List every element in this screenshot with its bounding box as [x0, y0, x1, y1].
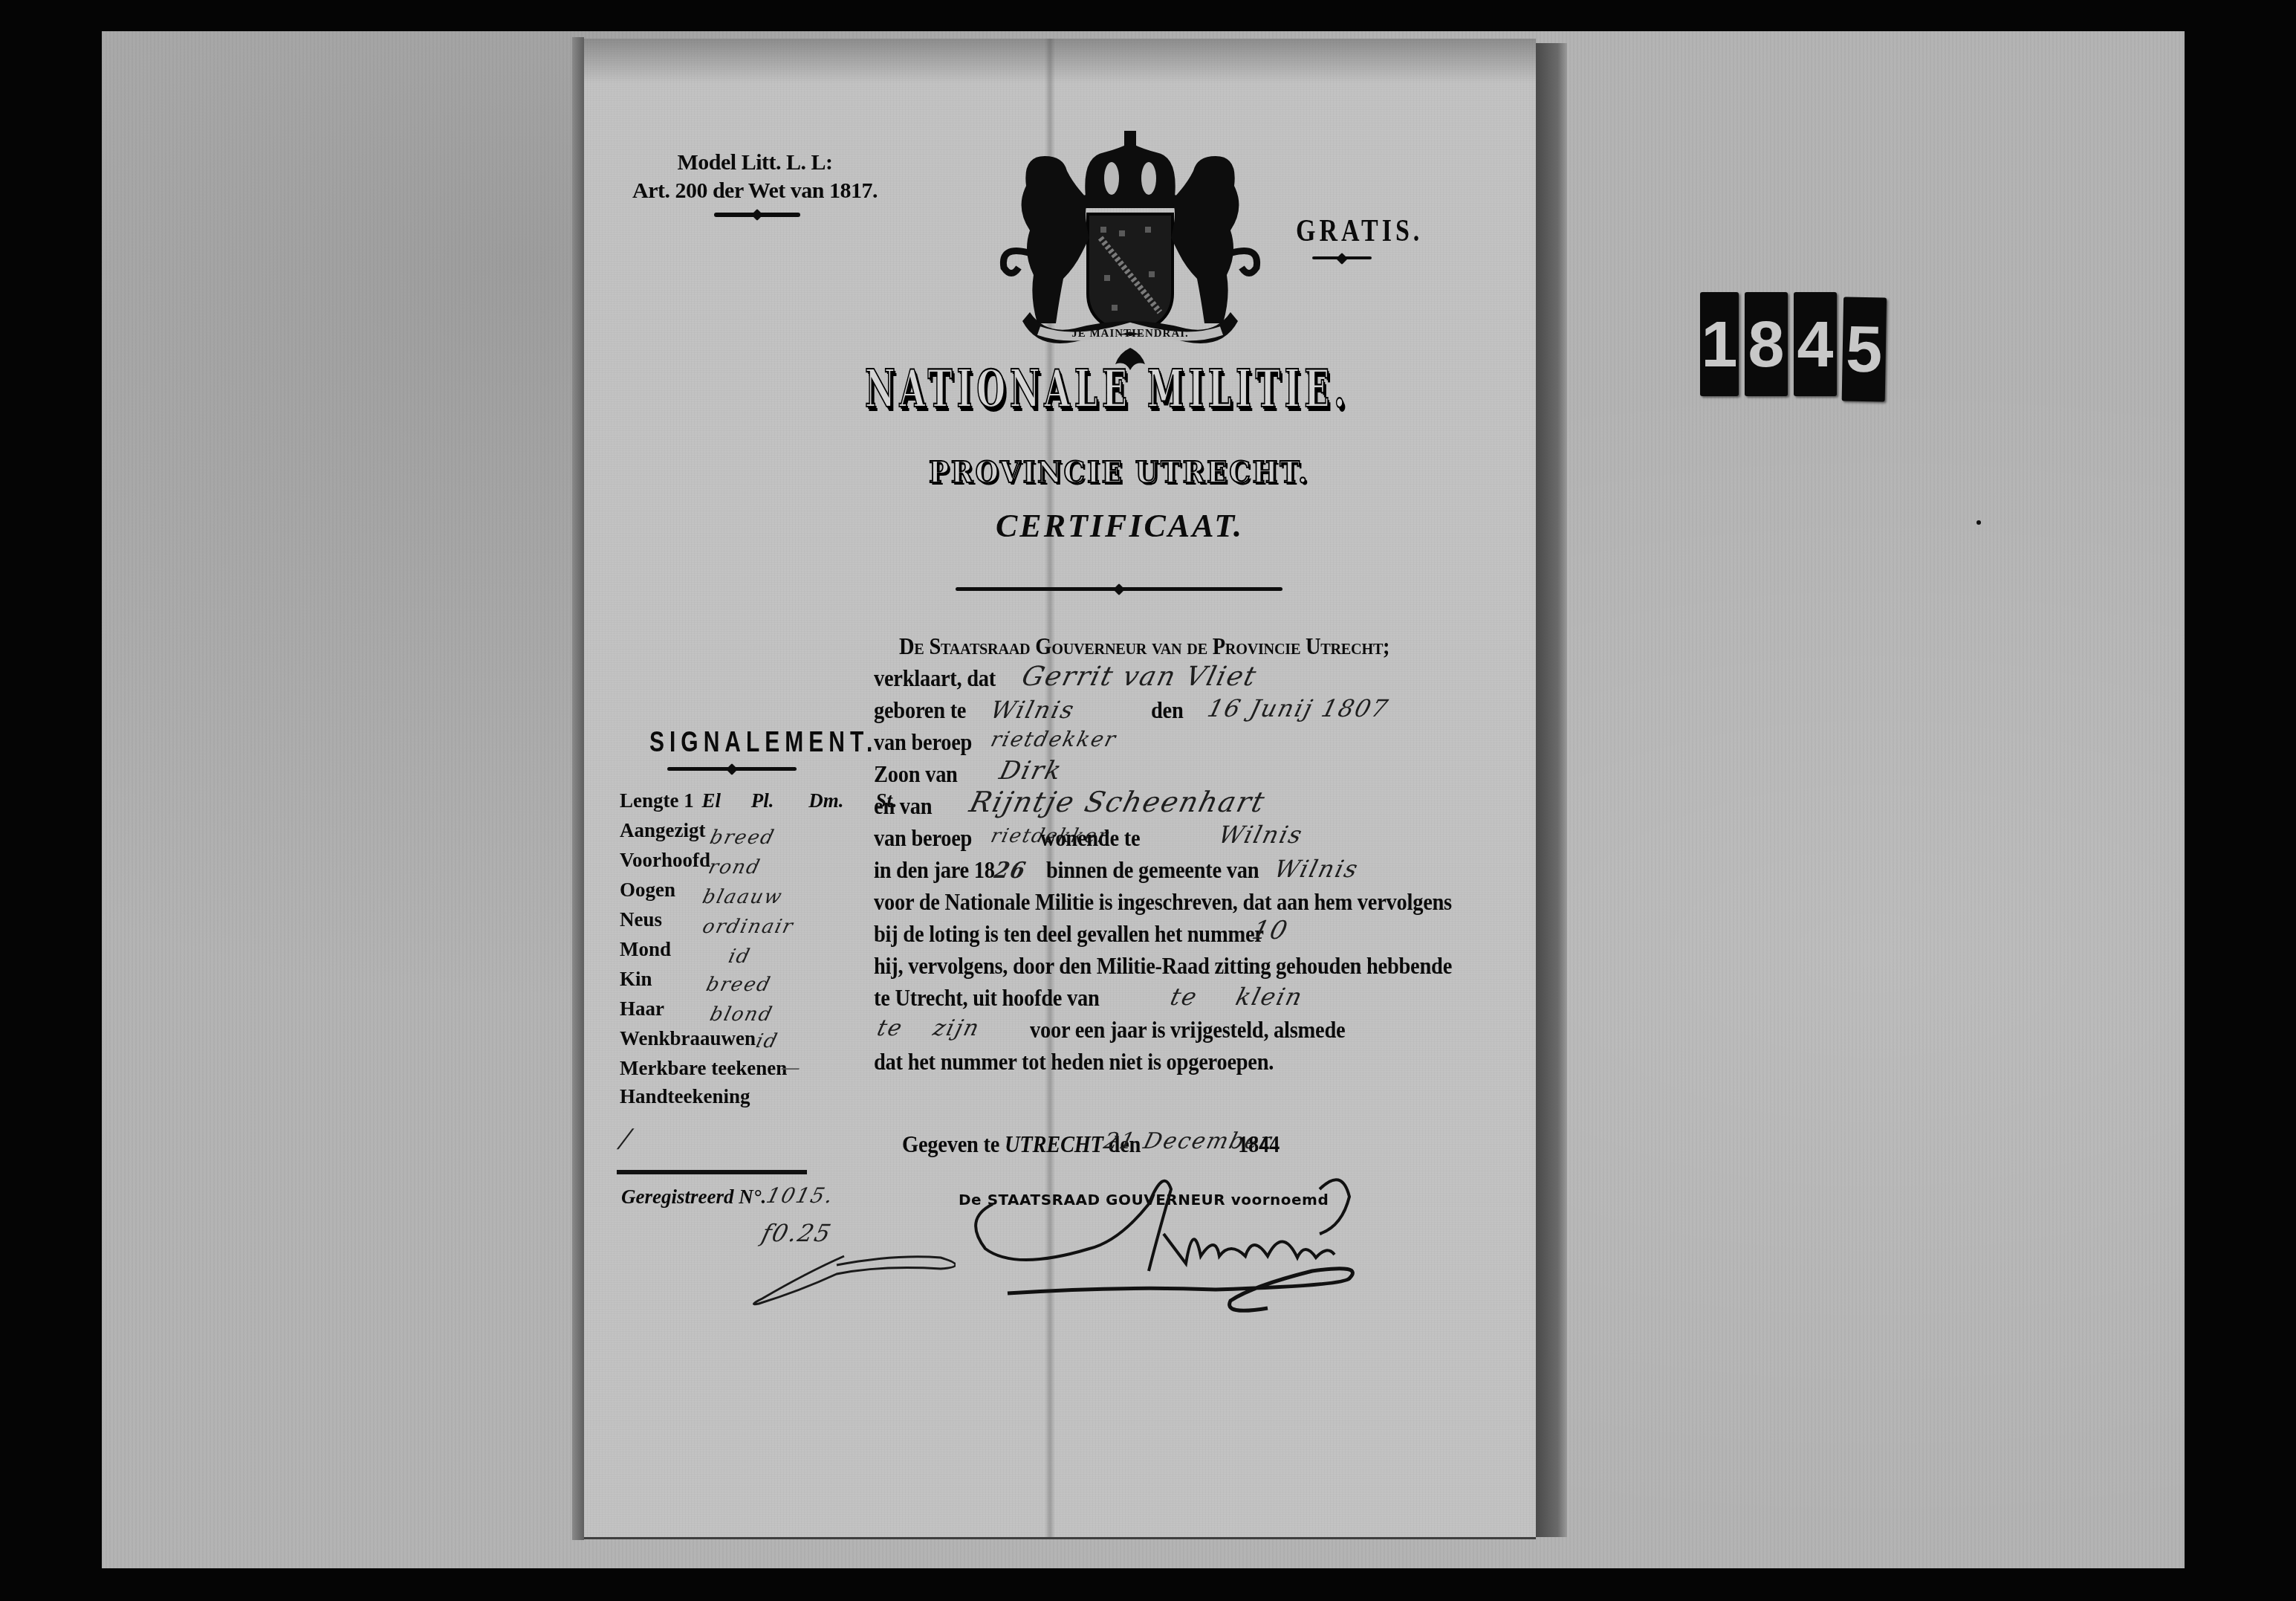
line-label-den: den [1151, 697, 1184, 724]
field-label-handteekening: Handteekening [620, 1085, 750, 1108]
year-digit: 1 [1700, 292, 1739, 396]
field-label-neus: Neus [620, 908, 662, 931]
ornament-rule [714, 213, 800, 217]
archive-year-label: 1 8 4 5 [1700, 292, 1886, 400]
municipality: Wilnis [1271, 855, 1362, 883]
year-digit: 5 [1842, 297, 1887, 402]
field-label-kin: Kin [620, 968, 652, 991]
person-name: Gerrit van Vliet [1019, 662, 1260, 692]
field-value-merkbare-teekenen: — [778, 1057, 804, 1079]
field-value-haar: blond [707, 1003, 775, 1026]
field-value-mond: id [726, 945, 753, 968]
body-line-militie-raad: hij, vervolgens, door den Militie-Raad z… [874, 953, 1452, 980]
body-line-loting: bij de loting is ten deel gevallen het n… [874, 921, 1264, 948]
registered-label: Geregistreerd N°. [621, 1186, 766, 1209]
model-reference: Model Litt. L. L: Art. 200 der Wet van 1… [606, 149, 904, 205]
field-value-voorhoofd: rond [706, 856, 763, 879]
field-value-neus: ordinair [700, 916, 797, 938]
field-value-kin: breed [704, 974, 774, 996]
title-certificaat: CERTIFICAAT. [996, 507, 1244, 545]
separator-rule [617, 1170, 807, 1174]
line-label-gemeente: binnen de gemeente van [1046, 857, 1259, 884]
gratis-label: GRATIS. [1296, 213, 1423, 249]
dust-speck [1976, 520, 1981, 525]
given-year: 1844 [1238, 1131, 1280, 1158]
given-label: Gegeven te [902, 1131, 999, 1157]
line-label: van beroep [874, 729, 972, 755]
exemption-reason-cont: te zijn [875, 1015, 983, 1041]
body-line-ingeschreven: voor de Nationale Militie is ingeschreve… [874, 889, 1452, 916]
line-label: in den jare 18 [874, 857, 995, 883]
lottery-number: 10 [1249, 916, 1291, 945]
field-label-haar: Haar [620, 997, 664, 1021]
length-unit-dm: Dm. [808, 789, 843, 812]
document-shadow-left [572, 37, 584, 1540]
ornament-rule [667, 767, 797, 771]
line-label: geboren te [874, 697, 966, 723]
registration-flourish-icon [688, 1220, 956, 1317]
occupation: rietdekker [988, 727, 1120, 751]
field-value-oogen: blaauw [700, 886, 785, 908]
body-line-jare: in den jare 1826 [874, 857, 1026, 884]
year-digit: 8 [1745, 292, 1788, 396]
line-label: verklaart, dat [874, 665, 996, 691]
model-line-2: Art. 200 der Wet van 1817. [606, 177, 904, 205]
exemption-reason: te klein [1167, 983, 1306, 1011]
ornament-rule [1312, 256, 1372, 259]
father-name: Dirk [996, 756, 1066, 786]
line-label: Zoon van [874, 761, 958, 787]
body-line-beroep-wonende: van beroep [874, 825, 972, 852]
year-digit: 4 [1794, 292, 1837, 396]
line-label-wonende-te: wonende te [1040, 825, 1140, 852]
registration-year-suffix: 26 [992, 858, 1029, 884]
body-line-verklaart: verklaart, dat [874, 665, 996, 692]
field-value-handteekening: / [617, 1124, 635, 1154]
field-label-oogen: Oogen [620, 879, 675, 902]
militia-certificate: Model Litt. L. L: Art. 200 der Wet van 1… [584, 39, 1536, 1539]
body-line-vrijgesteld: voor een jaar is vrijgesteld, alsmede [1030, 1017, 1345, 1044]
line-label: en van [874, 793, 932, 819]
body-line-en-van: en van [874, 793, 932, 820]
coat-of-arms-icon: JE MAINTIENDRAI. [993, 126, 1268, 372]
field-label-merkbare-teekenen: Merkbare teekenen [620, 1057, 787, 1080]
body-line-beroep: van beroep [874, 729, 972, 756]
birth-place: Wilnis [988, 696, 1078, 724]
field-value-aangezigt: breed [707, 827, 777, 849]
ornament-rule [956, 587, 1282, 591]
motto-text: JE MAINTIENDRAI. [1071, 328, 1189, 340]
body-line-geboren: geboren te [874, 697, 966, 724]
governor-signature-icon: Sloet v. d. Beele [970, 1174, 1431, 1323]
birth-date: 16 Junij 1807 [1204, 694, 1392, 722]
document-shadow-right [1536, 43, 1567, 1537]
length-label: Lengte 1 [620, 789, 694, 812]
body-line-zoon-van: Zoon van [874, 761, 958, 788]
body-line-opgeroepen: dat het nummer tot heden niet is opgeroe… [874, 1049, 1274, 1076]
field-label-aangezigt: Aangezigt [620, 819, 705, 842]
intro-line: De Staatsraad Gouverneur van de Provinci… [899, 633, 1389, 660]
field-value-wenkbraauwen: id [753, 1030, 780, 1052]
residence: Wilnis [1216, 821, 1306, 849]
title-provincie-utrecht: PROVINCIE UTRECHT. [929, 455, 1309, 490]
registered-number: 1015. [764, 1183, 837, 1208]
field-label-voorhoofd: Voorhoofd [620, 849, 710, 872]
line-label: van beroep [874, 825, 972, 851]
field-label-mond: Mond [620, 938, 671, 961]
length-row: Lengte 1 El Pl. Dm. St. [620, 789, 898, 812]
field-label-wenkbraauwen: Wenkbraauwen [620, 1027, 756, 1050]
body-line-hoofde: te Utrecht, uit hoofde van [874, 985, 1100, 1012]
title-nationale-militie: NATIONALE MILITIE. [865, 358, 1349, 419]
model-line-1: Model Litt. L. L: [606, 149, 904, 177]
given-city: UTRECHT [1005, 1131, 1103, 1157]
length-unit-el: El [701, 789, 721, 812]
intro-text: De Staatsraad Gouverneur van de Provinci… [899, 633, 1389, 659]
length-unit-pl: Pl. [751, 789, 774, 812]
signalement-heading: SIGNALEMENT. [649, 726, 878, 759]
mother-name: Rijntje Scheenhart [967, 786, 1269, 818]
